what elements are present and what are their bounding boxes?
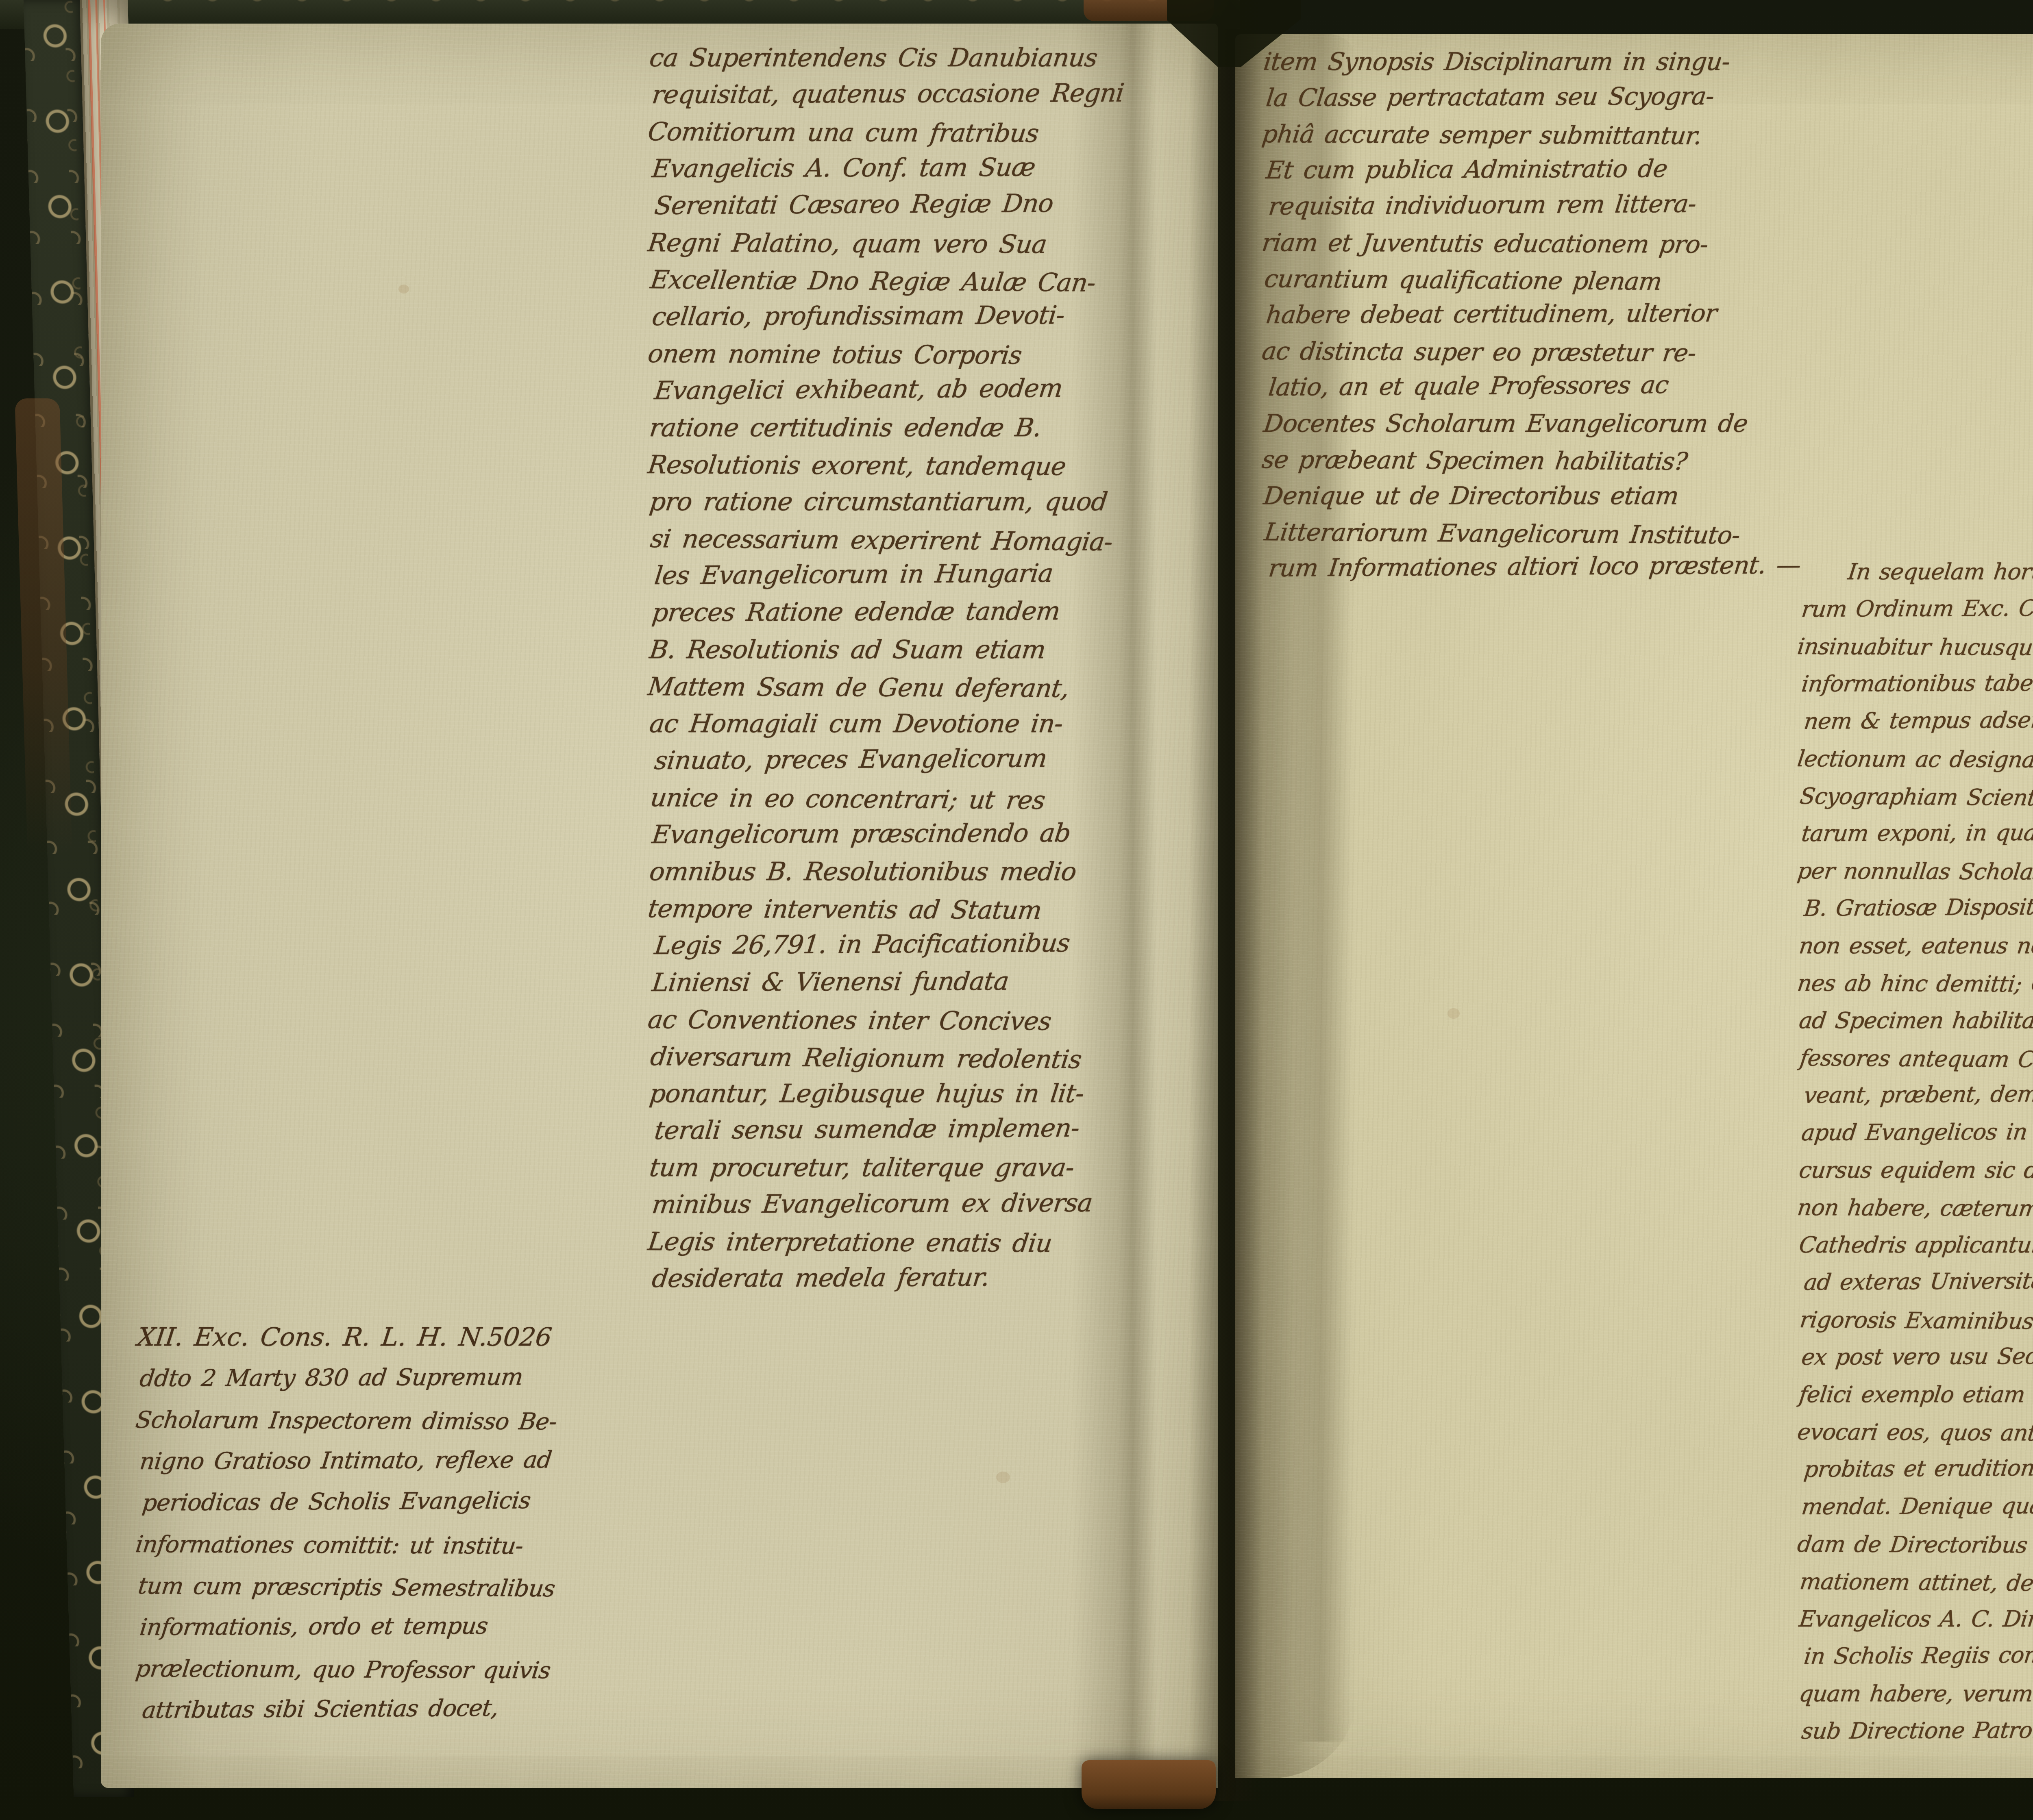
manuscript-line: Denique ut de Directoribus etiam: [1262, 478, 1868, 514]
manuscript-line: sub Directione Patronatus ac Inspecto-: [1800, 1710, 2033, 1750]
manuscript-line: ad Specimen habilitatis quod Pro-: [1797, 1002, 2033, 1039]
manuscript-line: ad exteras Universitates exirent,: [1802, 1260, 2033, 1301]
manuscript-line: Legis interpretatione enatis diu: [646, 1223, 1232, 1262]
manuscript-line: Regni Palatino, quam vero Sua: [646, 224, 1232, 263]
manuscript-line: in Scholis Regiis constituti sunt neuti-: [1802, 1634, 2033, 1675]
manuscript-line: dam de Directoribus Scholarum infor-: [1795, 1525, 2033, 1565]
right-page-column-2: In sequelam horum B. Gratioso-rum Ordinu…: [1799, 553, 2033, 1750]
manuscript-book-spread: ca Superintendens Cis Danubianusrequisit…: [0, 0, 2033, 1820]
left-page-main-column: ca Superintendens Cis Danubianusrequisit…: [650, 39, 1231, 1297]
manuscript-line: riam et Juventutis educationem pro-: [1260, 225, 1866, 263]
manuscript-line: mationem attinet, demisse exponetur,: [1798, 1563, 2033, 1604]
manuscript-line: informationes comittit: ut institu-: [133, 1524, 720, 1568]
manuscript-line: non habere, cæterum Individua, quæ: [1795, 1189, 2033, 1229]
manuscript-line: ac Conventiones inter Concives: [646, 1001, 1232, 1040]
foxing-spot: [1447, 1008, 1460, 1019]
manuscript-line: tum cum præscriptis Semestralibus: [135, 1565, 722, 1611]
manuscript-line: Evangelicis A. Conf. tam Suæ: [650, 148, 1236, 187]
spine-tail-band: [1082, 1760, 1216, 1809]
manuscript-line: Resolutionis exorent, tandemque: [646, 446, 1232, 485]
manuscript-line: preces Ratione edendæ tandem: [650, 591, 1236, 631]
manuscript-line: prælectionum, quo Professor quivis: [133, 1648, 720, 1692]
manuscript-line: se præbeant Specimen habilitatis?: [1260, 442, 1866, 481]
manuscript-line: phiâ accurate semper submittantur.: [1260, 116, 1866, 155]
manuscript-line: tarum exponi, in quantum interim: [1800, 813, 2033, 852]
manuscript-line: requisita individuorum rem littera-: [1267, 185, 1873, 225]
manuscript-line: Scholarum Inspectorem dimisso Be-: [133, 1399, 720, 1443]
manuscript-line: Serenitati Cæsareo Regiæ Dno: [653, 183, 1239, 224]
manuscript-line: felici exemplo etiam exterorum: [1797, 1376, 2033, 1413]
manuscript-line: Evangelici exhibeant, ab eodem: [653, 368, 1239, 409]
manuscript-line: attributas sibi Scientias docet,: [140, 1686, 727, 1731]
foxing-spot: [398, 285, 409, 294]
manuscript-line: omnibus B. Resolutionibus medio: [647, 853, 1233, 890]
manuscript-line: informationis, ordo et tempus: [137, 1604, 724, 1648]
manuscript-line: per nonnullas Scholas huic: [1795, 852, 2033, 892]
manuscript-line: Docentes Scholarum Evangelicorum de: [1262, 406, 1868, 442]
manuscript-line: rum Informationes altiori loco præstent.…: [1267, 547, 1873, 587]
manuscript-line: evocari eos, quos ante acta vitæ: [1795, 1413, 2033, 1453]
manuscript-line: les Evangelicorum in Hungaria: [653, 553, 1239, 594]
manuscript-line: probitas et eruditionis fama com-: [1802, 1447, 2033, 1488]
manuscript-line: Cathedris applicantur, antequam: [1797, 1226, 2033, 1263]
manuscript-line: requisitat, quatenus occasione Regni: [650, 74, 1236, 113]
manuscript-line: ca Superintendens Cis Danubianus: [647, 39, 1233, 76]
manuscript-line: periodicas de Scholis Evangelicis: [140, 1479, 727, 1524]
manuscript-line: rum Ordinum Exc. Consilio demisse: [1800, 588, 2033, 628]
manuscript-line: habere debeat certitudinem, ulterior: [1264, 295, 1870, 333]
manuscript-line: veant, præbent, demisse respondebit:: [1802, 1073, 2033, 1114]
manuscript-line: Legis 26,791. in Pacificationibus: [653, 923, 1239, 964]
manuscript-line: fessores antequam Cathedris admo-: [1798, 1039, 2033, 1080]
manuscript-line: mendat. Denique quantum ad præstan-: [1800, 1486, 2033, 1525]
manuscript-line: non esset, eatenus necessarios ordi-: [1797, 927, 2033, 964]
manuscript-line: cursus equidem sic dictos locum: [1797, 1151, 2033, 1189]
manuscript-line: In sequelam horum B. Gratioso-: [1797, 553, 2033, 590]
manuscript-line: sinuato, preces Evangelicorum: [653, 738, 1239, 779]
manuscript-line: pro ratione circumstantiarum, quod: [647, 483, 1233, 520]
manuscript-line: ddto 2 Marty 830 ad Supremum: [137, 1355, 724, 1399]
manuscript-line: minibus Evangelicorum ex diversa: [650, 1183, 1236, 1222]
manuscript-line: Evangelicos A. C. Directores tales, prou…: [1797, 1600, 2033, 1637]
manuscript-line: B. Gratiosæ Dispositioni satisfactum: [1802, 886, 2033, 927]
manuscript-line: B. Resolutionis ad Suam etiam: [647, 631, 1233, 668]
right-page-column-1: item Synopsis Disciplinarum in singu-la …: [1264, 44, 1865, 587]
manuscript-line: diversarum Religionum redolentis: [648, 1038, 1234, 1079]
manuscript-line: nem & tempus adservatarum præ-: [1802, 699, 2033, 740]
manuscript-line: lectionum ac designationum seu: [1795, 740, 2033, 780]
manuscript-line: Mattem Ssam de Genu deferant,: [646, 668, 1232, 707]
manuscript-line: apud Evangelicos in Hungaria con-: [1800, 1112, 2033, 1151]
manuscript-line: informationibus tabellaribus ordi-: [1800, 663, 2033, 702]
manuscript-line: XII. Exc. Cons. R. L. H. N.5026: [135, 1316, 722, 1358]
manuscript-line: nigno Gratioso Intimato, reflexe ad: [137, 1438, 724, 1482]
manuscript-line: terali sensu sumendæ implemen-: [653, 1108, 1239, 1149]
manuscript-line: insinuabitur hucusque etiam in: [1795, 628, 2033, 668]
manuscript-line: Evangelicorum præscindendo ab: [650, 813, 1236, 852]
manuscript-line: Liniensi & Vienensi fundata: [650, 961, 1236, 1000]
foxing-spot: [996, 1472, 1010, 1483]
manuscript-line: desiderata medela feratur.: [650, 1257, 1236, 1296]
manuscript-line: quam habere, verum Scholas Evangelicas: [1797, 1675, 2033, 1712]
manuscript-line: Et cum publica Administratio de: [1264, 150, 1870, 189]
left-page-margin-entry: XII. Exc. Cons. R. L. H. N.5026ddto 2 Ma…: [137, 1316, 719, 1731]
manuscript-line: la Classe pertractatam seu Scyogra-: [1264, 78, 1870, 116]
manuscript-line: Comitiorum una cum fratribus: [646, 113, 1232, 152]
manuscript-line: ponantur, Legibusque hujus in lit-: [647, 1075, 1233, 1112]
manuscript-line: nes ab hinc demitti; Quantum vero: [1795, 964, 2033, 1004]
manuscript-line: Scyographiam Scientiarum tradi-: [1798, 777, 2033, 818]
manuscript-line: rigorosis Examinibus subjici,: [1798, 1301, 2033, 1342]
manuscript-line: item Synopsis Disciplinarum in singu-: [1262, 44, 1868, 80]
manuscript-line: cellario, profundissimam Devoti-: [650, 296, 1236, 335]
manuscript-line: ac Homagiali cum Devotione in-: [647, 705, 1233, 742]
manuscript-line: tum procuretur, taliterque grava-: [647, 1149, 1233, 1186]
manuscript-line: latio, an et quale Professores ac: [1267, 366, 1873, 406]
manuscript-line: ex post vero usu Seculorum: [1800, 1336, 2033, 1376]
manuscript-line: ratione certitudinis edendæ B.: [647, 409, 1233, 446]
